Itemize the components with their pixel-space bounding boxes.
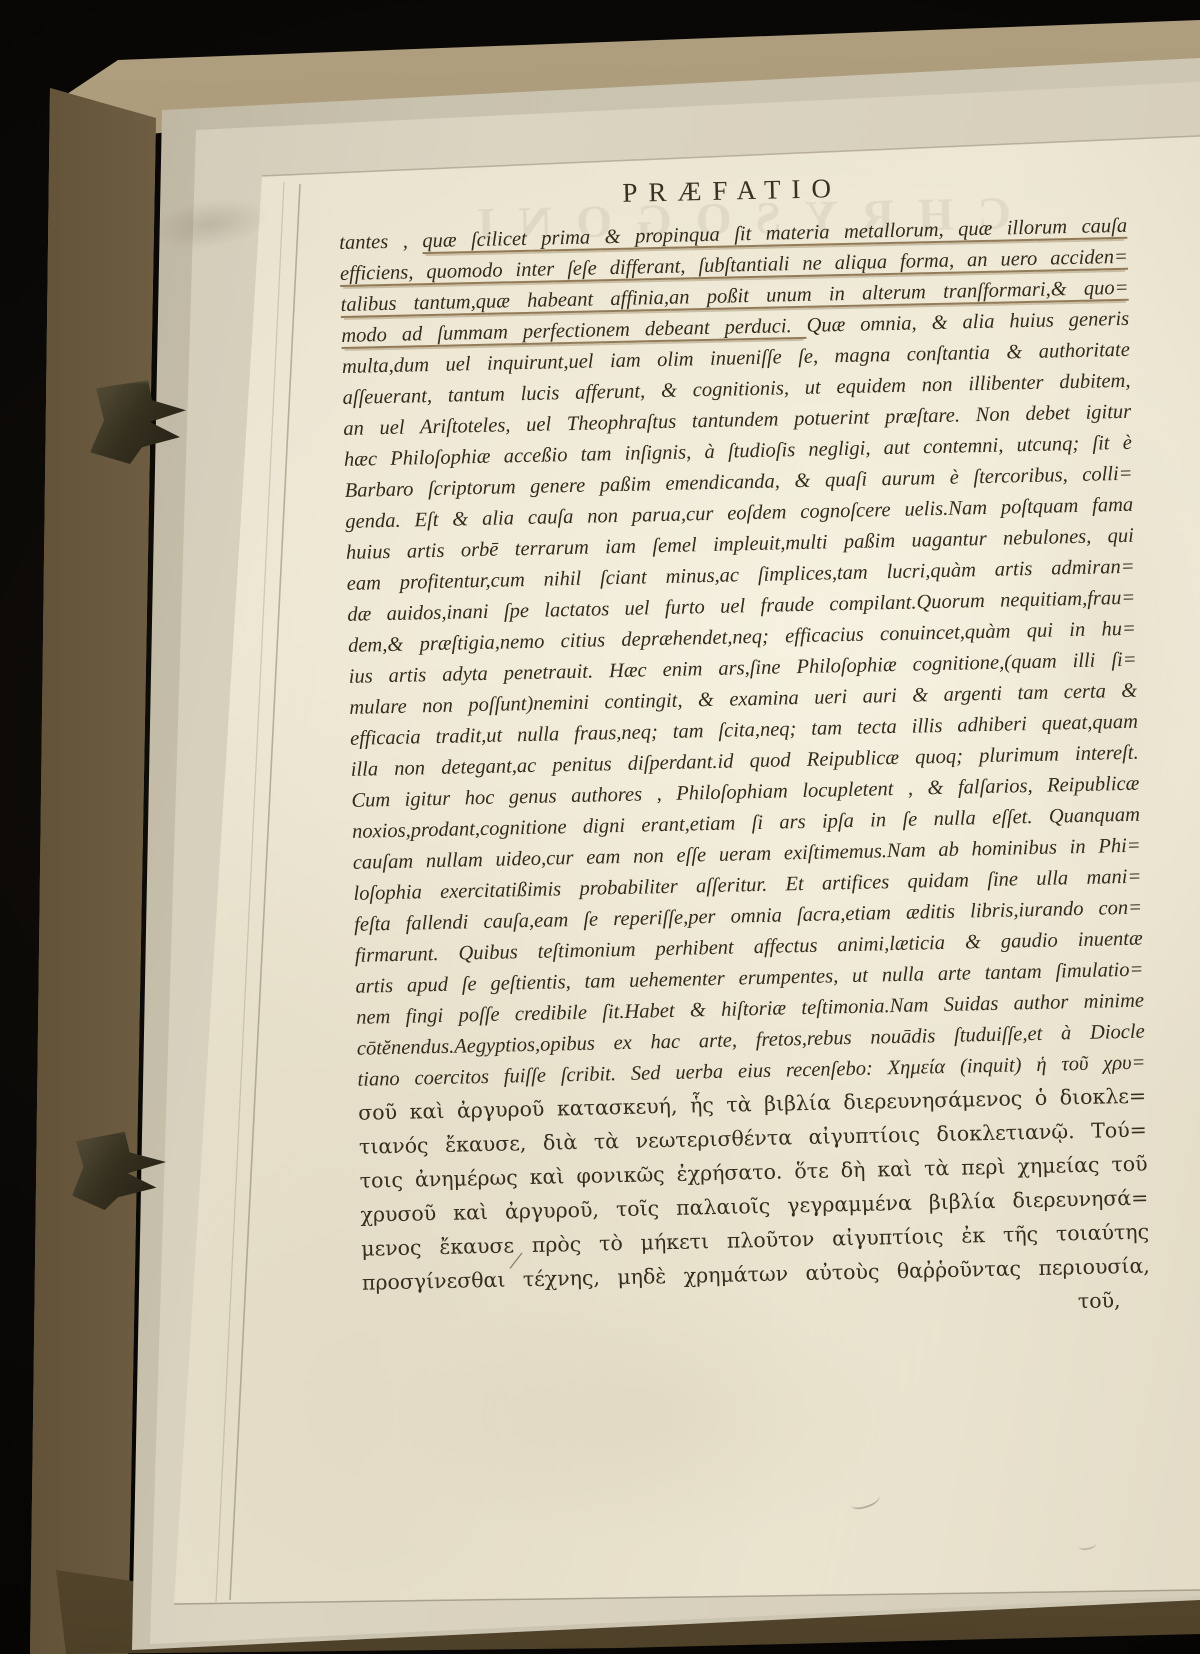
book-scan-photo: CHRYSOGONI PRÆFATIO tantes , quæ ſcilice… bbox=[0, 0, 1200, 1654]
printed-text: tantes , bbox=[339, 230, 423, 254]
text-block: PRÆFATIO tantes , quæ ſcilicet prima & p… bbox=[338, 167, 1151, 1334]
text-lines: tantes , quæ ſcilicet prima & propinqua … bbox=[339, 211, 1150, 1300]
printed-text: Quæ omnia, & alia huius generis bbox=[806, 308, 1129, 337]
